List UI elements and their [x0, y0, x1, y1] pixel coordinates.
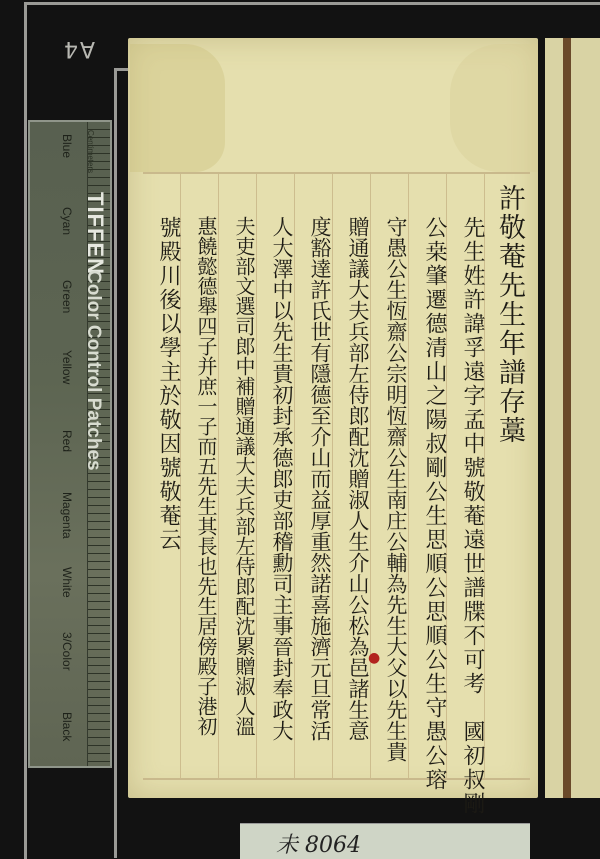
text-column-6: 人大澤中以先生貴初封承德郎吏部稽勳司主事晉封奉政大: [262, 216, 300, 741]
ruler-title: Color Control Patches: [82, 270, 104, 471]
text-column-5: 度豁達許氏世有隱德至介山而益厚重然諾喜施濟元旦常活: [300, 216, 338, 741]
patch-label-green: Green: [60, 280, 74, 313]
manuscript-title: 許敬菴先生年譜存藁: [490, 184, 528, 445]
frame-line-left: [24, 2, 27, 859]
patch-label-yellow: Yellow: [60, 350, 74, 384]
red-seal-mark: ●: [368, 650, 380, 666]
patch-label-cyan: Cyan: [60, 207, 74, 235]
catalog-number: 未 8064: [276, 828, 361, 859]
water-stain: [450, 44, 538, 172]
catalog-label: 未 8064: [240, 823, 530, 859]
a4-size-mark: A4: [62, 36, 95, 61]
patch-label-black: Black: [60, 712, 74, 741]
patch-label-red: Red: [60, 430, 74, 452]
water-stain: [130, 44, 225, 172]
patch-label-white: White: [60, 567, 74, 598]
patch-label-magenta: Magenta: [60, 492, 74, 539]
text-column-3: 守愚公生恆齋公宗明恆齋公生南庄公輔為先生大父以先生貴: [376, 216, 414, 762]
ruler-unit-label: Centimeters: [86, 130, 95, 173]
text-column-2: 公桒肇遷德清山之陽叔剛公生思順公思順公生守愚公瑢: [414, 216, 452, 792]
ruler-brand: TIFFEN: [82, 192, 108, 275]
book-gutter: [563, 38, 571, 798]
patch-label-blue: Blue: [60, 134, 74, 158]
facing-page-edge: [545, 38, 600, 798]
color-control-ruler: TIFFEN Color Control Patches Centimeters…: [28, 120, 112, 768]
text-column-8: 惠饒懿德舉四子并庶一子而五先生其長也先生居傍殿子港初: [186, 216, 224, 736]
page-frame-top: [143, 172, 530, 174]
frame-line-inner: [114, 68, 117, 858]
frame-line-top: [26, 2, 600, 5]
text-column-9: 號殿川後以學主於敬因號敬菴云: [148, 216, 186, 552]
manuscript-page: 許敬菴先生年譜存藁 先生姓許諱孚遠字孟中號敬菴遠世譜牒不可考 國初叔剛 公桒肇遷…: [128, 38, 538, 798]
text-column-1: 先生姓許諱孚遠字孟中號敬菴遠世譜牒不可考 國初叔剛: [452, 216, 490, 816]
text-column-7: 夫吏部文選司郎中補贈通議大夫兵部左侍郎配沈累贈淑人溫: [224, 216, 262, 736]
patch-label-3color: 3/Color: [60, 632, 74, 671]
